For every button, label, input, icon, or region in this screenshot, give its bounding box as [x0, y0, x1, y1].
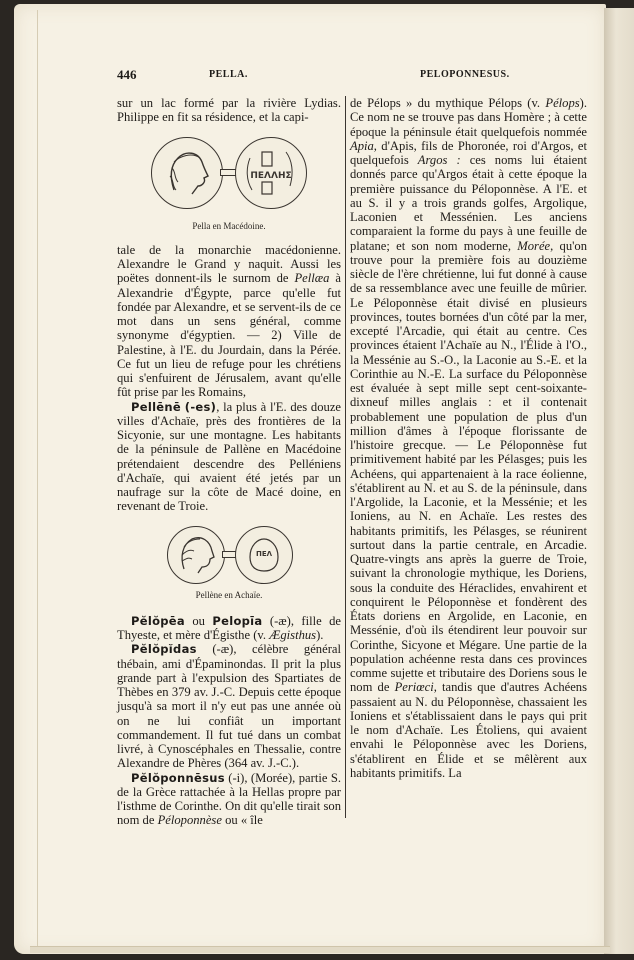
figure-caption: Pella en Macédoine. — [192, 219, 265, 233]
next-page-edge — [604, 8, 634, 954]
right-column: de Pélops » du mythique Pélops (v. Pélop… — [350, 96, 587, 780]
headword-peloponnesus: Pĕlŏponnēsus — [131, 771, 225, 785]
page-number: 446 — [117, 67, 137, 83]
running-head-right: PELOPONNESUS. — [420, 69, 510, 80]
figure-caption: Pellène en Achaïe. — [196, 588, 263, 602]
entry-pelopea: Pĕlŏpēa ou Pelopīa (-æ), fille de Thyest… — [117, 614, 341, 643]
entry-pellene: Pellēnē (-es), la plus à l'E. des douze … — [117, 400, 341, 514]
figure-pellene-coin: ΠΕΛ Pellène en Achaïe. — [117, 522, 341, 602]
paragraph-pella-cont: tale de la monarchie macédonienne. Alexa… — [117, 243, 341, 400]
coin-illustration: ΠΕΛ — [117, 522, 341, 588]
headword-pelopia: Pelopīa — [212, 614, 262, 628]
entry-pelopidas: Pĕlŏpĭdas (-æ), célèbre général thébain,… — [117, 642, 341, 770]
entry-peloponnesus: Pĕlŏponnēsus (-i), (Morée), partie S. de… — [117, 771, 341, 828]
coin-legend: ΠΕΛ — [256, 550, 273, 558]
headword-pelopea: Pĕlŏpēa — [131, 614, 185, 628]
left-column: sur un lac formé par la rivière Lydias. … — [117, 96, 341, 828]
coin-legend: ΠΕΛΛΗΣ — [250, 171, 291, 181]
page-fold-line — [37, 10, 38, 950]
paragraph-pella-start: sur un lac formé par la rivière Lydias. … — [117, 96, 341, 125]
coin-reverse-icon: ΠΕΛΛΗΣ — [235, 137, 307, 209]
page-header: 446 PELLA. PELOPONNESUS. — [117, 67, 591, 83]
coin-reverse-wreath-icon: ΠΕΛ — [235, 526, 293, 584]
coin-obverse-head-icon — [151, 137, 223, 209]
headword-pellene: Pellēnē — [131, 400, 181, 414]
coin-obverse-laurel-head-icon — [167, 526, 225, 584]
figure-pella-coin: ΠΕΛΛΗΣ Pella en Macédoine. — [117, 131, 341, 233]
headword-pelopidas: Pĕlŏpĭdas — [131, 642, 197, 656]
entry-peloponnesus-cont: de Pélops » du mythique Pélops (v. Pélop… — [350, 96, 587, 780]
running-head-left: PELLA. — [209, 69, 248, 80]
column-rule — [345, 96, 346, 818]
page-bottom-edge — [30, 946, 610, 953]
coin-illustration: ΠΕΛΛΗΣ — [117, 131, 341, 219]
